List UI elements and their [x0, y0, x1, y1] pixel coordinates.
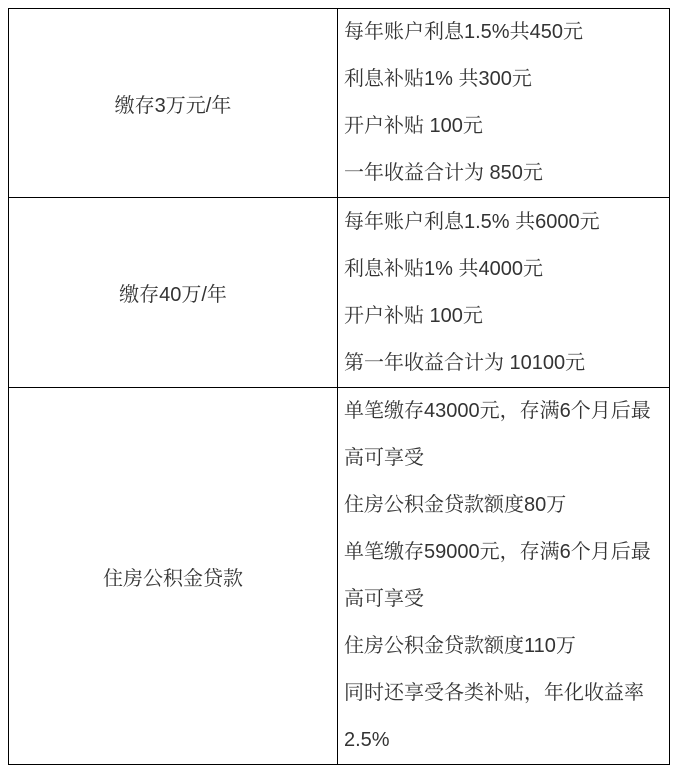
- detail-line: 利息补贴1% 共300元: [344, 56, 665, 103]
- detail-line: 每年账户利息1.5%共450元: [344, 9, 665, 56]
- detail-line: 同时还享受各类补贴，年化收益率: [344, 670, 665, 717]
- row-detail-cell: 单笔缴存43000元，存满6个月后最 高可享受 住房公积金贷款额度80万 单笔缴…: [338, 388, 669, 764]
- detail-line: 单笔缴存59000元，存满6个月后最: [344, 529, 665, 576]
- detail-line: 住房公积金贷款额度80万: [344, 482, 665, 529]
- row-label: 缴存40万/年: [119, 278, 227, 307]
- table-row: 住房公积金贷款 单笔缴存43000元，存满6个月后最 高可享受 住房公积金贷款额…: [9, 388, 669, 764]
- row-label-cell: 缴存3万元/年: [9, 9, 338, 197]
- detail-line: 利息补贴1% 共4000元: [344, 246, 665, 293]
- detail-line: 开户补贴 100元: [344, 293, 665, 340]
- detail-line: 单笔缴存43000元，存满6个月后最: [344, 388, 665, 435]
- row-detail-cell: 每年账户利息1.5%共450元 利息补贴1% 共300元 开户补贴 100元 一…: [338, 9, 669, 197]
- detail-line: 第一年收益合计为 10100元: [344, 340, 665, 387]
- detail-line: 每年账户利息1.5% 共6000元: [344, 199, 665, 246]
- detail-line: 开户补贴 100元: [344, 103, 665, 150]
- table-row: 缴存3万元/年 每年账户利息1.5%共450元 利息补贴1% 共300元 开户补…: [9, 9, 669, 198]
- detail-line: 2.5%: [344, 717, 665, 764]
- detail-line: 高可享受: [344, 576, 665, 623]
- row-detail-cell: 每年账户利息1.5% 共6000元 利息补贴1% 共4000元 开户补贴 100…: [338, 198, 669, 387]
- detail-line: 住房公积金贷款额度110万: [344, 623, 665, 670]
- row-label-cell: 缴存40万/年: [9, 198, 338, 387]
- detail-line: 高可享受: [344, 435, 665, 482]
- row-label: 缴存3万元/年: [115, 89, 232, 118]
- table-row: 缴存40万/年 每年账户利息1.5% 共6000元 利息补贴1% 共4000元 …: [9, 198, 669, 388]
- deposit-benefits-table: 缴存3万元/年 每年账户利息1.5%共450元 利息补贴1% 共300元 开户补…: [8, 8, 670, 765]
- row-label: 住房公积金贷款: [103, 562, 243, 591]
- row-label-cell: 住房公积金贷款: [9, 388, 338, 764]
- detail-line: 一年收益合计为 850元: [344, 150, 665, 197]
